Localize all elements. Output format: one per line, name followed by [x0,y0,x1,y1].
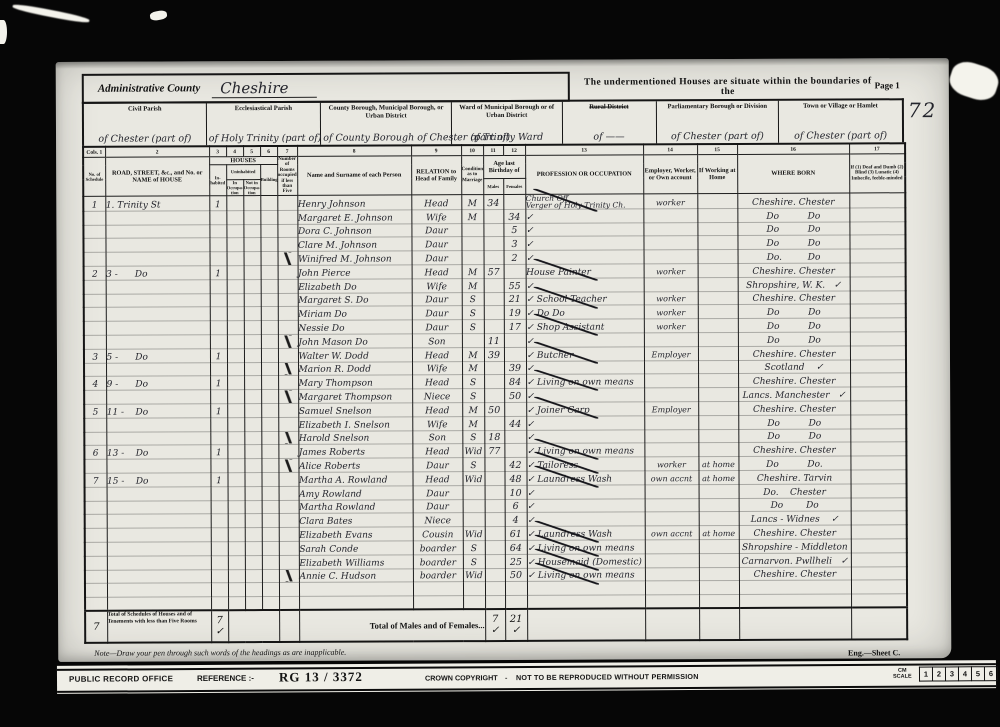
cell-relation: Head [412,472,462,486]
cell-where-born: Shropshire - Middleton [739,539,851,553]
cell-employer: own accnt [644,471,698,485]
cell-name: Marion R. Dodd [298,362,412,376]
cell-inhabited [210,280,227,294]
cell-schedule [84,363,106,377]
cell-inhabited [211,597,228,611]
cell-uninhabited-not [244,473,261,487]
cell-inhabited: 1 [210,404,227,418]
cell-schedule [84,432,106,446]
cell-condition: M [462,416,484,430]
cell-road: 1. Trinity St [105,196,209,211]
cell-uninhabited-not [244,376,261,390]
public-record-office-label: PUBLIC RECORD OFFICE [69,674,173,684]
cell-occupation: ✓ Housemaid (Domestic) [527,554,645,568]
cell-employer [644,250,698,264]
totals-empty-born [739,608,851,640]
cell-age-female [504,264,526,278]
cell-schedule [85,584,107,598]
cell-employer [643,222,697,236]
cell-building [262,583,279,597]
cell-inhabited: 1 [209,196,226,211]
header-females: Females [503,178,525,194]
cell-condition [463,499,485,513]
cell-employer [643,236,697,250]
ward-label: Ward of Municipal Borough or of Urban Di… [454,104,559,119]
cell-where-born: Shropshire, W. K. ✓ [738,277,850,291]
cell-inhabited [211,528,228,542]
cell-age-female [504,347,526,361]
cell-where-born: Cheshire. Chester [738,442,850,456]
cell-working-at-home [698,319,738,333]
cell-uninhabited-in [227,335,244,349]
cell-rooms [278,403,298,417]
cell-age-male [485,513,505,527]
cell-condition: Wid [463,527,485,541]
cell-infirmities [850,442,906,456]
cell-age-female: 19 [504,306,526,320]
cell-occupation: ✓ [526,429,644,443]
cell-where-born: Scotland ✓ [738,360,850,374]
cell-inhabited [210,293,227,307]
cell-where-born [739,580,851,594]
cell-occupation: ✓ Living on own means [527,540,645,554]
cell-uninhabited-not [245,583,262,597]
cell-occupation: ✓ [526,250,644,264]
cell-working-at-home [698,346,738,360]
cell-schedule: 1 [83,196,105,211]
cell-uninhabited-in [228,542,245,556]
cell-occupation: Church Off Verger of Holy Trinity Ch. [525,194,643,210]
cell-schedule [84,280,106,294]
ecclesiastical-parish-box: Ecclesiastical Parish of Holy Trinity (p… [207,103,322,145]
cell-name: Amy Rowland [299,486,413,500]
cell-age-male [485,527,505,541]
header-inhabited: In-habited [209,165,226,196]
cell-schedule: 4 [84,377,106,391]
cell-occupation: ✓ Laundress Wash [526,471,644,485]
cell-working-at-home [699,539,739,553]
cell-name: Margaret Thompson [298,389,412,403]
cell-where-born: Cheshire. Chester [738,346,850,360]
cell-uninhabited-in [227,417,244,431]
cell-uninhabited-not [244,459,261,473]
totals-label: Total of Schedules of Houses and of Tene… [107,611,211,643]
cell-relation: Daur [412,458,462,472]
cell-relation: Head [411,195,461,210]
cell-rooms [279,486,299,500]
cell-age-male [485,582,505,596]
cell-age-male [484,361,504,375]
cell-where-born: Cheshire. Chester [738,263,850,277]
cell-where-born: Do Do [738,318,850,332]
cell-uninhabited-not [244,445,261,459]
cell-where-born: Cheshire. Chester [738,373,850,387]
cell-name: Walter W. Dodd [298,348,412,362]
cell-occupation: ✓ School Teacher [526,292,644,306]
cell-age-male: 77 [484,444,504,458]
cell-condition: S [462,458,484,472]
cell-condition [463,485,485,499]
cell-inhabited [210,390,227,404]
cell-inhabited [210,418,227,432]
cell-road [107,514,211,528]
cell-working-at-home [698,291,738,305]
cell-working-at-home [699,553,739,567]
totals-empty-infirm [851,608,907,640]
cell-uninhabited-not [243,238,260,252]
cell-age-female: 17 [504,320,526,334]
cell-age-female: 42 [504,458,526,472]
cell-inhabited [211,500,228,514]
header-road: ROAD, STREET, &c., and No. or NAME of HO… [105,157,209,196]
cell-condition: Wid [463,568,485,582]
scale-cell: 6 [984,666,998,681]
totals-row: 7 Total of Schedules of Houses and of Te… [85,608,907,644]
cell-inhabited [210,252,227,266]
cell-name: Martha A. Rowland [298,472,412,486]
district-header-row: Civil Parish of Chester (part of) Eccles… [82,98,904,146]
cell-name: Miriam Do [298,306,412,320]
cell-employer: worker [644,291,698,305]
reference-label: REFERENCE :- [197,674,254,683]
ward-value: of Trinity Ward [454,133,559,143]
cell-uninhabited-in [227,390,244,404]
cell-inhabited: 1 [210,376,227,390]
cell-condition: S [463,554,485,568]
cell-rooms [277,210,297,224]
cell-uninhabited-in [227,431,244,445]
cell-age-male [483,223,503,237]
cell-occupation [527,581,645,595]
cell-where-born [739,594,851,608]
cell-uninhabited-in [228,597,245,611]
cell-working-at-home [698,277,738,291]
cell-relation [413,596,463,610]
cell-condition [462,334,484,348]
scale-cell: 4 [958,666,971,681]
cell-age-male: 50 [484,402,504,416]
cell-age-female: 55 [504,278,526,292]
cell-uninhabited-in [227,376,244,390]
ecclesiastical-parish-value: of Holy Trinity (part of) [209,134,319,144]
header-uninhabited: Uninhabited [226,165,260,180]
cell-infirmities [851,484,907,498]
cell-road [106,418,210,432]
cell-employer: worker [644,264,698,278]
col-num: 4 [226,146,243,157]
cell-employer [644,333,698,347]
cell-occupation: ✓ Do Do [526,305,644,319]
cell-where-born: Do Do [737,235,849,249]
cell-infirmities [850,359,906,373]
cell-where-born: Cheshire. Chester [739,525,851,539]
cell-schedule: 6 [84,446,106,460]
cell-employer: Employer [644,402,698,416]
cell-employer: worker [644,305,698,319]
cell-condition: S [462,375,484,389]
cell-uninhabited-in [227,266,244,280]
cell-road: 15 - Do [106,473,210,487]
cell-working-at-home: at home [698,457,738,471]
col-num: 16 [737,143,849,154]
cell-working-at-home [699,567,739,581]
cell-employer [645,581,699,595]
cell-uninhabited-in [227,362,244,376]
cell-building [261,348,278,362]
cell-rooms [278,293,298,307]
cell-relation: Wife [412,361,462,375]
cell-age-female: 64 [505,540,527,554]
cell-occupation: ✓ Laundress Wash [527,526,645,540]
cell-where-born: Cheshire. Tarvin [738,470,850,484]
crown-copyright-label: CROWN COPYRIGHT [425,673,498,682]
cell-age-male [484,416,504,430]
cell-age-female [505,582,527,596]
cell-infirmities [850,456,906,470]
header-relation: RELATION to Head of Family [411,156,461,195]
cell-inhabited: 1 [210,445,227,459]
parliamentary-borough-value: of Chester (part of) [659,132,777,143]
rural-district-label: Rural District [564,103,653,111]
cell-uninhabited-in [227,348,244,362]
county-borough-label: County Borough, Municipal Borough, or Ur… [323,104,449,120]
cell-schedule [85,542,107,556]
cell-schedule [84,390,106,404]
col-num: 6 [260,146,277,157]
cell-rooms [278,334,298,348]
cell-inhabited [211,542,228,556]
cell-occupation: ✓ [526,388,644,402]
cell-age-male [484,471,504,485]
cell-inhabited [211,569,228,583]
cell-employer: worker [643,193,697,208]
cell-age-female: 25 [505,554,527,568]
cell-building [262,500,279,514]
cell-uninhabited-not [243,224,260,238]
cell-rooms [279,583,299,597]
cell-working-at-home [697,222,737,236]
header-home: If Working at Home [697,154,737,193]
cell-occupation: ✓ Living on own means [526,374,644,388]
cell-occupation [527,595,645,609]
cell-road [107,487,211,501]
cell-schedule: 7 [84,473,106,487]
cell-uninhabited-not [245,542,262,556]
cell-where-born: Do Do [738,429,850,443]
cell-relation [413,582,463,596]
cell-uninhabited-in [226,224,243,238]
cell-rooms [279,555,299,569]
cell-name: Elizabeth Do [298,279,412,293]
header-not-in-occupation: Not in Occupa-tion [243,179,260,195]
header-condition: Condition as to Marriage [461,156,483,195]
totals-empty-occ [527,609,645,642]
cell-schedule [85,487,107,501]
administrative-county-value: Cheshire [212,78,316,97]
cell-uninhabited-not [244,417,261,431]
header-infirmities: If (1) Deaf and Dumb (2) Blind (3) Lunat… [849,154,905,193]
cell-uninhabited-not [244,335,261,349]
cell-name: Henry Johnson [297,195,411,210]
cell-rooms [278,265,298,279]
cell-road [107,583,211,597]
cell-age-male: 57 [484,265,504,279]
cell-infirmities [850,249,906,263]
cell-uninhabited-in [227,307,244,321]
cell-schedule: 5 [84,404,106,418]
cell-building [261,459,278,473]
cell-road [106,252,210,266]
header-in-occupation: In Occupa-tion [226,179,243,195]
cell-uninhabited-in [227,252,244,266]
cell-condition [463,582,485,596]
cell-occupation: ✓ [527,512,645,526]
cell-schedule [85,556,107,570]
form-title: The undermentioned Houses are situate wi… [578,76,878,97]
cell-building [262,597,279,611]
col-num: 10 [461,145,483,156]
cell-where-born: Do Do [737,208,849,222]
cell-road [107,597,211,611]
cell-age-male [485,568,505,582]
cell-road [107,556,211,570]
reference-bar: PUBLIC RECORD OFFICE REFERENCE :- RG 13 … [57,663,996,693]
cell-uninhabited-in [226,210,243,224]
table-header: Cols. 1 2 3 4 5 6 7 8 9 10 11 12 13 14 [83,143,905,196]
scan-background: 72 Administrative County Cheshire The un… [0,0,1000,727]
header-age: Age last Birthday of [483,155,525,178]
cell-inhabited [211,486,228,500]
separator-dash: - [505,673,507,682]
cell-building [260,238,277,252]
cell-employer: worker [644,319,698,333]
cell-schedule [85,515,107,529]
cell-where-born: Cheshire. Chester [739,567,851,581]
administrative-county-label: Administrative County [98,82,200,94]
cell-relation: Niece [413,513,463,527]
cell-road [105,224,209,238]
cell-working-at-home [698,429,738,443]
cell-age-male [484,251,504,265]
cell-road [107,542,211,556]
cell-relation: Head [412,403,462,417]
ecclesiastical-parish-label: Ecclesiastical Parish [209,105,319,113]
cell-relation: Daur [411,223,461,237]
cell-inhabited: 1 [210,349,227,363]
cell-schedule: 2 [84,266,106,280]
cell-working-at-home [699,512,739,526]
cell-occupation: ✓ Living on own means [527,567,645,581]
cell-relation: Son [412,430,462,444]
administrative-county-row: Administrative County Cheshire The under… [82,70,904,102]
cell-rooms [278,307,298,321]
cell-infirmities [851,525,907,539]
cell-road [106,321,210,335]
cell-age-female: 48 [504,471,526,485]
cell-relation: boarder [413,568,463,582]
cell-schedule [85,528,107,542]
cell-rooms [278,252,298,266]
cell-inhabited [210,459,227,473]
cell-employer [644,360,698,374]
cell-building [261,472,278,486]
cell-rooms [279,541,299,555]
cell-name: Clara Bates [299,513,413,527]
cell-building [261,307,278,321]
cell-where-born: Do. Chester [739,484,851,498]
cell-occupation: ✓ [527,498,645,512]
cell-uninhabited-not [244,279,261,293]
col-num: Cols. 1 [83,147,105,158]
cell-uninhabited-in [227,404,244,418]
cell-uninhabited-in [228,555,245,569]
cell-infirmities [850,415,906,429]
totals-empty-emp [645,609,699,641]
cell-inhabited [210,362,227,376]
microfilm-reference-strip: PUBLIC RECORD OFFICE REFERENCE :- RG 13 … [57,660,996,694]
col-num: 9 [411,145,461,156]
cell-uninhabited-in [228,514,245,528]
cell-working-at-home: at home [698,470,738,484]
cell-uninhabited-not [245,514,262,528]
cell-uninhabited-not [245,597,262,611]
cell-uninhabited-not [245,528,262,542]
cell-employer [644,443,698,457]
cell-working-at-home [699,581,739,595]
cell-condition: M [461,194,483,209]
cell-name: Nessie Do [298,320,412,334]
cell-occupation: ✓ [526,333,644,347]
cell-name: Martha Rowland [299,499,413,513]
cell-condition [463,513,485,527]
header-building: Building [260,164,277,195]
cell-age-male [484,292,504,306]
header-born: WHERE BORN [737,154,849,193]
cell-relation: Wife [412,416,462,430]
town-village-value: of Chester (part of) [781,131,900,142]
cell-where-born: Do. Do [738,249,850,263]
cell-name: Dora C. Johnson [297,224,411,238]
cell-condition: Wid [462,472,484,486]
col-num: 12 [503,145,525,156]
cell-condition: M [462,403,484,417]
cell-schedule [84,418,106,432]
cell-name [299,582,413,596]
cell-age-male [484,375,504,389]
cell-infirmities [850,387,906,401]
cell-infirmities [851,497,907,511]
cell-rooms [279,528,299,542]
cell-condition: M [462,265,484,279]
cell-age-female: 21 [504,292,526,306]
cell-uninhabited-not [244,321,261,335]
cell-occupation: ✓ Living on own means [526,443,644,457]
cell-building [261,403,278,417]
cell-building [262,486,279,500]
col-num: 13 [525,144,643,155]
cell-schedule [84,335,106,349]
cell-uninhabited-not [245,486,262,500]
cell-condition: S [462,389,484,403]
cell-infirmities [850,304,906,318]
cell-employer: Employer [644,346,698,360]
rural-district-value: of —— [565,132,654,142]
cell-infirmities [850,373,906,387]
cell-uninhabited-in [227,459,244,473]
administrative-county-box: Administrative County Cheshire [82,72,570,104]
cell-inhabited: 1 [210,473,227,487]
town-village-box: Town or Village or Hamlet of Chester (pa… [779,100,902,143]
